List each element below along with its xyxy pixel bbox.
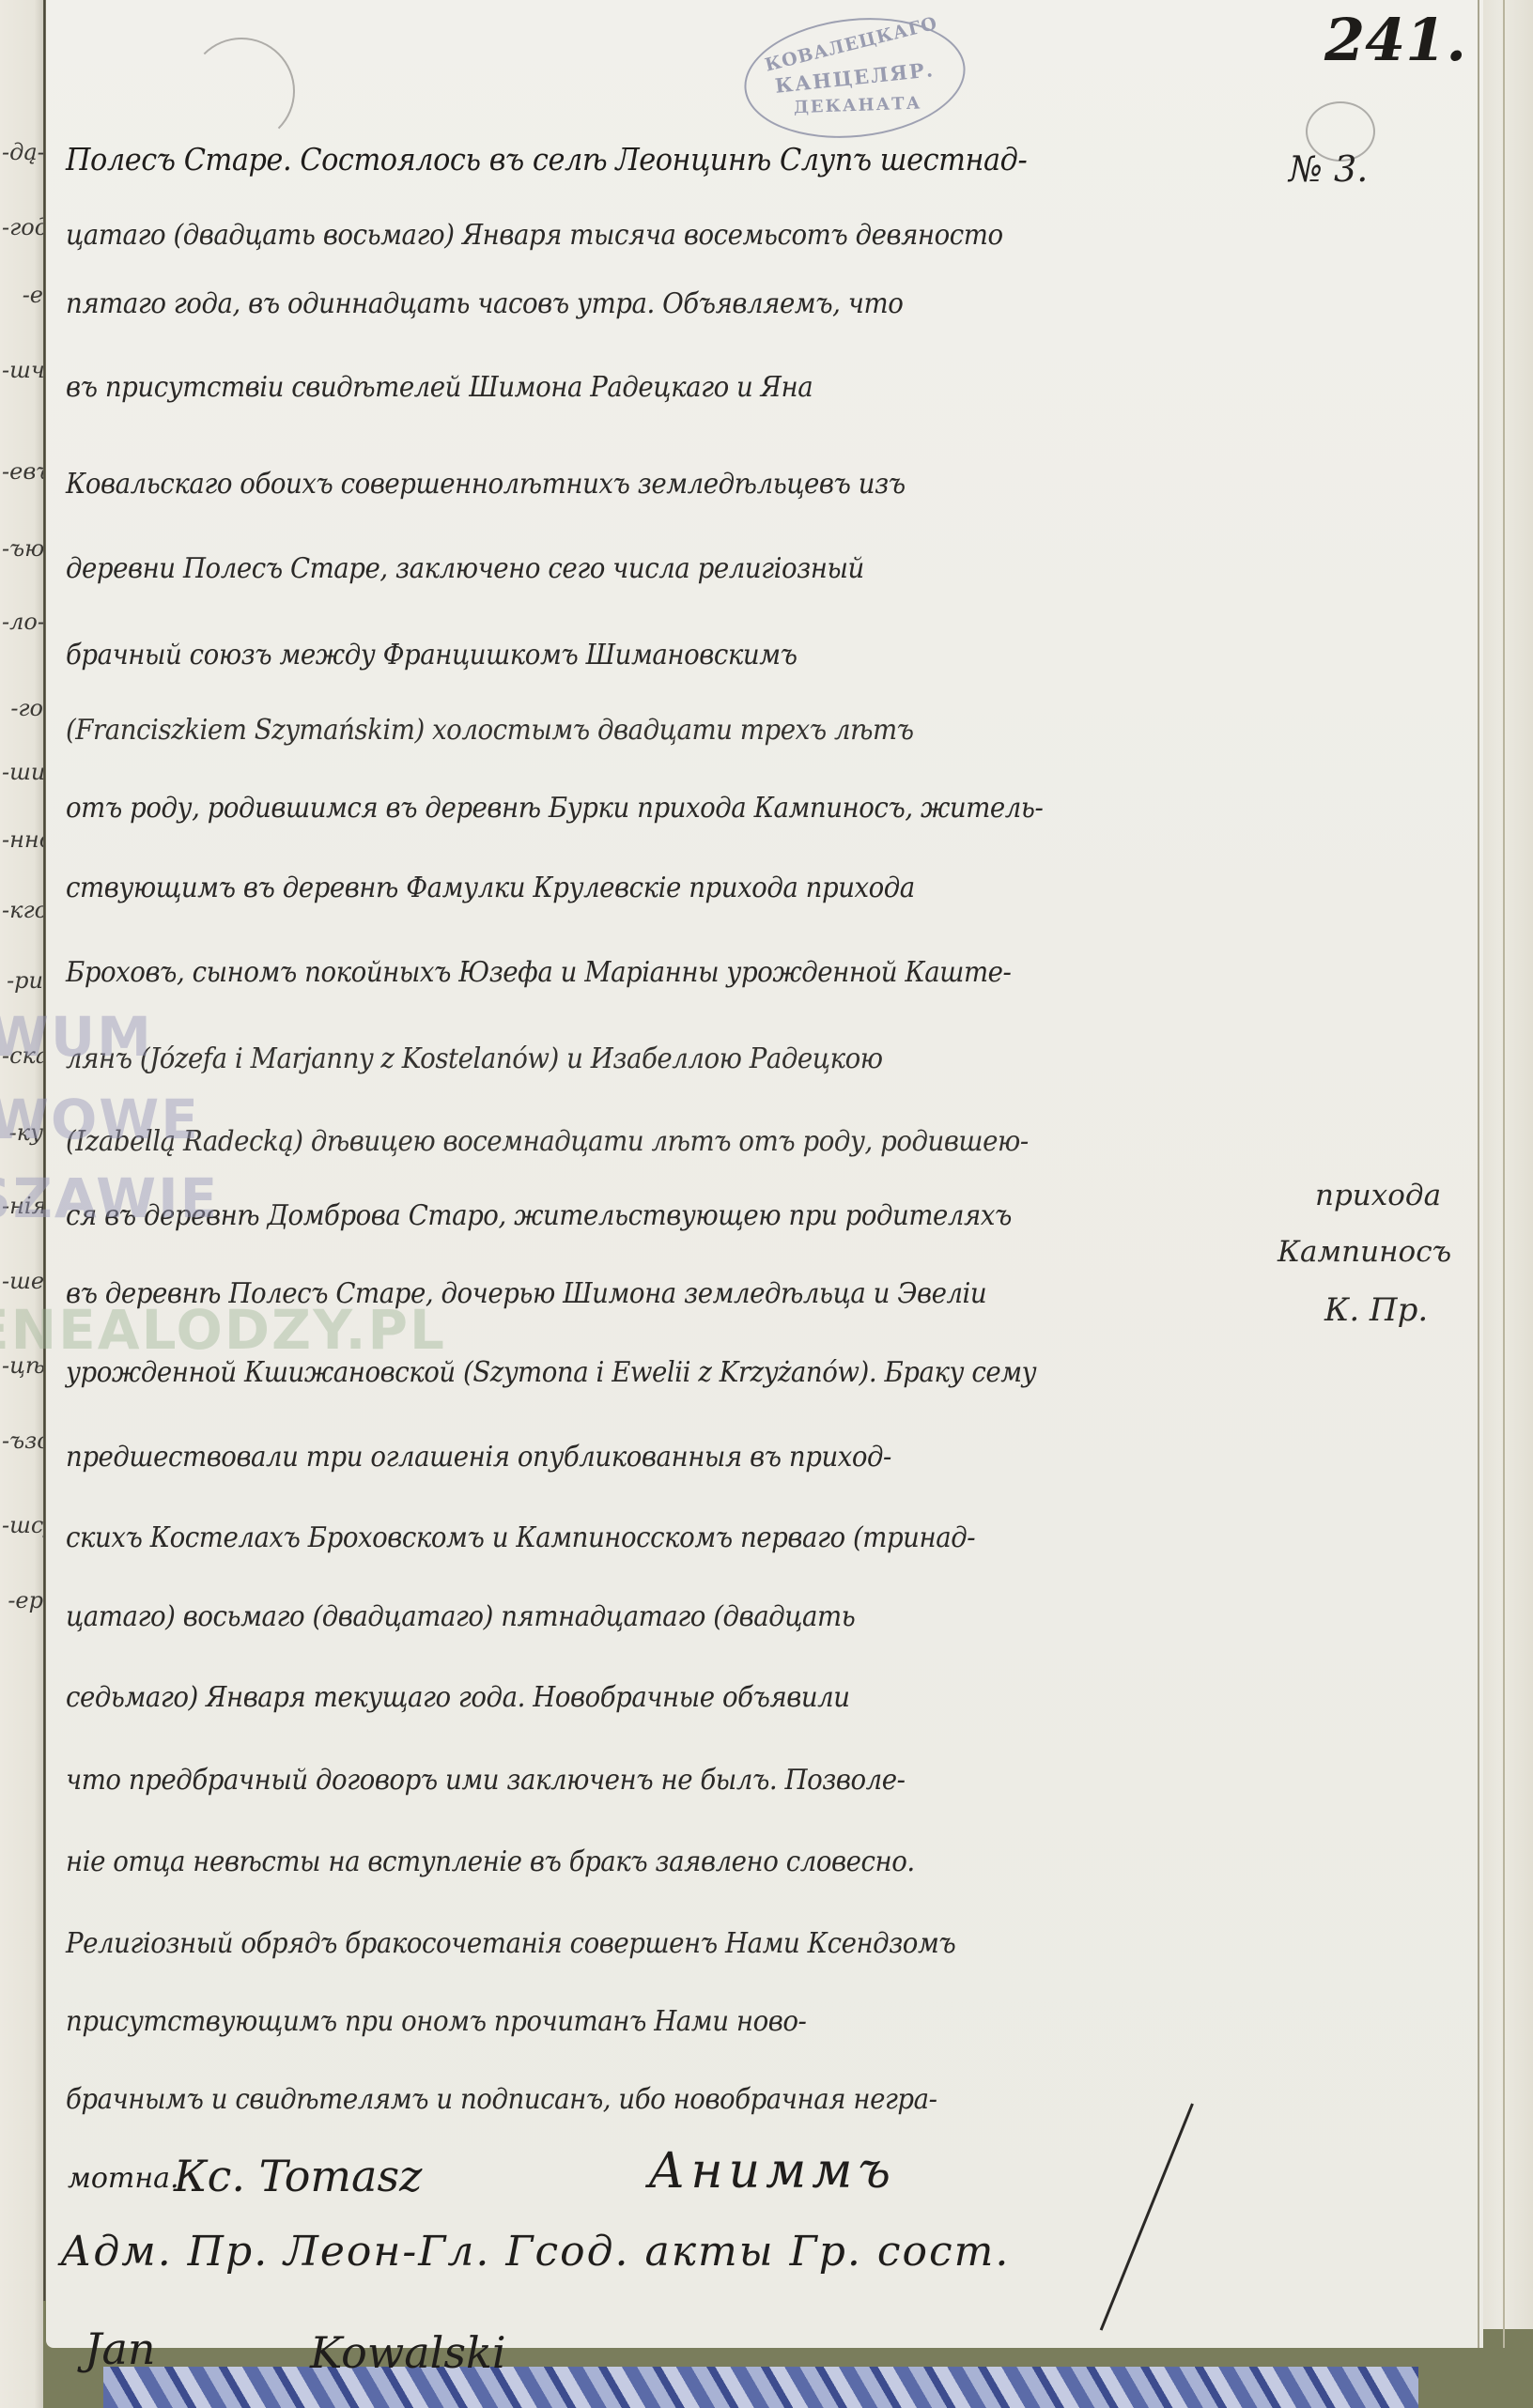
officiant-title-line: Адм. Пр. Леон-Гл. Гсод. акты Гр. сост. — [60, 2228, 1010, 2276]
record-line: присутствующимъ при ономъ прочитанъ Нами… — [66, 2005, 1189, 2038]
flourish-stroke — [1306, 101, 1375, 162]
record-line: предшествовали три оглашенія опубликован… — [66, 1441, 1189, 1474]
record-line: брачнымъ и свидѣтелямъ и подписанъ, ибо … — [66, 2083, 1189, 2116]
record-line: цатаго) восьмаго (двадцатаго) пятнадцата… — [66, 1600, 1189, 1633]
margin-fragment: -ри — [2, 967, 43, 994]
margin-fragment: -года — [2, 214, 43, 240]
record-line: скихъ Костелахъ Броховскомъ и Кампиносск… — [66, 1521, 1189, 1554]
margin-fragment: -ска — [2, 1042, 43, 1069]
folio-number: 241. — [1324, 6, 1466, 74]
margin-annotation-initials: К. Пр. — [1324, 1291, 1428, 1329]
page-edges-right — [1479, 0, 1533, 2329]
record-line: урожденной Кшижановской (Szymona i Eweli… — [66, 1356, 1189, 1389]
margin-fragment: -шинъ — [2, 759, 43, 785]
margin-fragment: -ъюмъ — [2, 535, 43, 562]
record-line: ствующимъ въ деревнѣ Фамулки Крулевскіе … — [66, 872, 1189, 904]
record-line: что предбрачный договоръ ими заключенъ н… — [66, 1764, 1189, 1797]
record-line: ся въ деревнѣ Домброва Старо, жительству… — [66, 1199, 1189, 1232]
record-line: въ деревнѣ Полесъ Старе, дочерью Шимона … — [66, 1277, 1189, 1310]
margin-annotation-line: Кампиносъ — [1277, 1235, 1451, 1269]
page-edge-line — [1503, 0, 1505, 2348]
record-line: седьмаго) Января текущаго года. Новобрач… — [66, 1681, 1189, 1714]
blue-patterned-cloth — [103, 2367, 1418, 2408]
record-line: ніе отца невѣсты на вступленіе въ бракъ … — [66, 1845, 1189, 1878]
margin-annotation-line: прихода — [1315, 1179, 1441, 1212]
register-page — [46, 0, 1483, 2348]
record-line: брачный союзъ между Францишкомъ Шимановс… — [66, 639, 1189, 671]
page-edge-line — [1478, 0, 1479, 2348]
record-line: пятаго года, въ одиннадцать часовъ утра.… — [66, 287, 1189, 320]
line-ending: мотна. — [68, 2162, 179, 2195]
record-line: лянъ (Józefa i Marjanny z Kostelanów) и … — [66, 1042, 1189, 1075]
margin-fragment: -шсу — [2, 1512, 43, 1538]
margin-fragment: -нно — [2, 826, 43, 853]
margin-fragment: -ше — [2, 1268, 43, 1294]
margin-fragment: -нія — [2, 1193, 43, 1219]
margin-fragment: -е — [2, 282, 43, 308]
margin-fragment: -шчъ — [2, 357, 43, 383]
record-line: цатаго (двадцать восьмаго) Января тысяча… — [66, 219, 1189, 252]
record-line: (Izabellą Radecką) дѣвицею восемнадцати … — [66, 1125, 1189, 1158]
margin-fragment: -ку — [2, 1119, 43, 1146]
record-line: Броховъ, сыномъ покойныхъ Юзефа и Маріан… — [66, 956, 1189, 989]
record-line: въ присутствіи свидѣтелей Шимона Радецка… — [66, 371, 1189, 404]
margin-fragment: -ло- — [2, 609, 43, 635]
record-line: Ковальскаго обоихъ совершеннолѣтнихъ зем… — [66, 468, 1189, 501]
record-line: Полесъ Старе. Состоялось въ селѣ Леонцин… — [66, 141, 1189, 178]
margin-fragment: -го — [2, 695, 43, 721]
margin-fragment: -ъзо — [2, 1428, 43, 1454]
flourish-stroke — [188, 38, 295, 145]
margin-fragment: -ер — [2, 1587, 43, 1613]
priest-name: Tomasz — [259, 2151, 423, 2201]
record-line: отъ роду, родившимся въ деревнѣ Бурки пр… — [66, 792, 1189, 825]
witness-last-name: Kowalski — [310, 2327, 506, 2378]
record-line: (Franciszkiem Szymańskim) холостымъ двад… — [66, 714, 1189, 747]
record-line: Религіозный обрядъ бракосочетанія соверш… — [66, 1927, 1189, 1960]
facing-page-strip: -дą- -года -е -шчъ -евъ. -ъюмъ -ло- -го … — [0, 0, 43, 2408]
record-line: деревни Полесъ Старе, заключено сего чис… — [66, 552, 1189, 585]
margin-fragment: -дą- — [2, 139, 43, 165]
priest-prefix: Кс. — [174, 2151, 245, 2201]
margin-fragment: -кго — [2, 897, 43, 923]
witness-first-name: Jan — [85, 2323, 156, 2374]
margin-fragment: -цѣ — [2, 1352, 43, 1379]
priest-signature: Кс. Tomasz — [174, 2151, 422, 2201]
registrar-signature: Аниммъ — [648, 2143, 896, 2200]
margin-fragment: -евъ. — [2, 458, 43, 485]
